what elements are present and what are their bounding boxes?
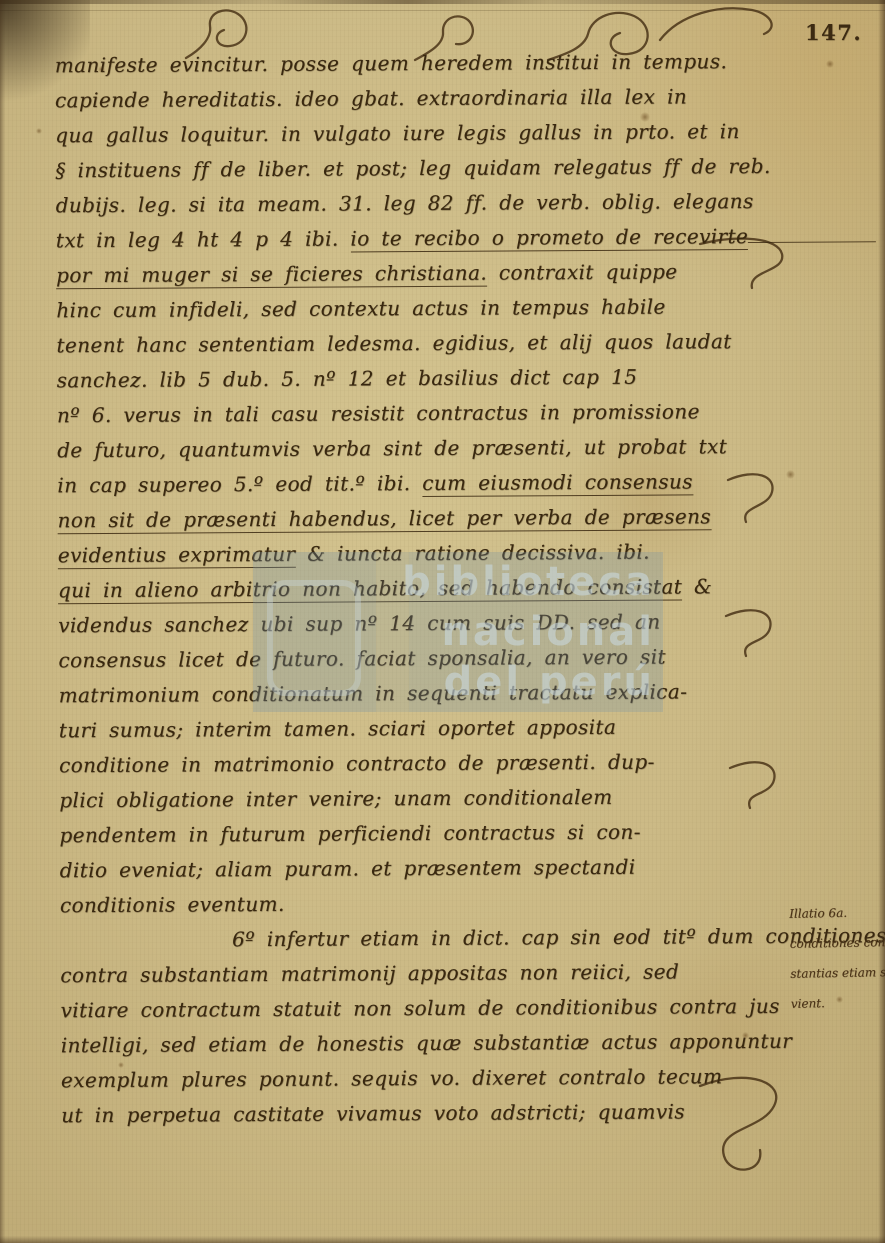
- text-segment: § instituens ff de liber. et post; leg q…: [55, 154, 770, 182]
- underlined-segment: non sit de præsenti habendus, licet per …: [58, 504, 712, 534]
- underlined-segment: qui in alieno arbitrio non habito, sed h…: [58, 574, 682, 604]
- text-segment: dubijs. leg. si ita meam. 31. leg 82 ff.…: [56, 189, 754, 217]
- manuscript-line: pendentem in futurum perficiendi contrac…: [59, 814, 799, 854]
- underline-tail: [748, 229, 876, 243]
- manuscript-line: contra substantiam matrimonij appositas …: [60, 954, 800, 994]
- text-segment: plici obligatione inter venire; unam con…: [59, 785, 612, 812]
- manuscript-line: conditione in matrimonio contracto de pr…: [59, 744, 799, 784]
- manuscript-line: exemplum plures ponunt. sequis vo. dixer…: [61, 1059, 801, 1099]
- manuscript-line: hinc cum infideli, sed contextu actus in…: [56, 289, 796, 329]
- manuscript-line: ditio eveniat; aliam puram. et præsentem…: [60, 849, 800, 889]
- manuscript-line: videndus sanchez ubi sup nº 14 cum suis …: [58, 604, 798, 644]
- text-segment: contra substantiam matrimonij appositas …: [60, 959, 679, 987]
- manuscript-line: tenent hanc sententiam ledesma. egidius,…: [56, 324, 796, 364]
- text-segment: intelligi, sed etiam de honestis quæ sub…: [61, 1029, 793, 1057]
- edge-shading: [0, 1236, 885, 1243]
- manuscript-line: por mi muger si se ficieres christiana. …: [56, 254, 796, 294]
- text-segment: videndus sanchez ubi sup nº 14 cum suis …: [58, 610, 660, 638]
- manuscript-line: § instituens ff de liber. et post; leg q…: [55, 149, 795, 189]
- text-segment: manifeste evincitur. posse quem heredem …: [55, 49, 728, 77]
- underlined-segment: io te recibo o prometo de recevirte: [350, 224, 748, 252]
- manuscript-line: nº 6. verus in tali casu resistit contra…: [57, 394, 797, 434]
- text-segment: & iuncta ratione decissiva. ibi.: [295, 540, 650, 566]
- manuscript-line: plici obligatione inter venire; unam con…: [59, 779, 799, 819]
- edge-shading: [878, 0, 885, 1243]
- text-segment: vitiare contractum statuit non solum de …: [60, 994, 779, 1022]
- text-segment: exemplum plures ponunt. sequis vo. dixer…: [61, 1064, 723, 1092]
- text-segment: sanchez. lib 5 dub. 5. nº 12 et basilius…: [57, 365, 638, 393]
- text-segment: consensus licet de futuro. faciat sponsa…: [58, 645, 666, 673]
- manuscript-line: qua gallus loquitur. in vulgato iure leg…: [55, 114, 795, 154]
- manuscript-line: manifeste evincitur. posse quem heredem …: [55, 44, 795, 84]
- margin-note-line: stantias etiam si contra-: [790, 957, 885, 989]
- text-segment: hinc cum infideli, sed contextu actus in…: [56, 295, 666, 323]
- manuscript-line: capiende hereditatis. ideo gbat. extraor…: [55, 79, 795, 119]
- text-segment: turi sumus; interim tamen. sciari oporte…: [59, 715, 617, 742]
- text-segment: 6º infertur etiam in dict. cap sin eod t…: [232, 923, 885, 951]
- text-segment: nº 6. verus in tali casu resistit contra…: [57, 399, 700, 427]
- underlined-segment: por mi muger si se ficieres christiana.: [56, 261, 487, 290]
- manuscript-line: conditionis eventum.: [60, 884, 800, 924]
- manuscript-line: turi sumus; interim tamen. sciari oporte…: [59, 709, 799, 749]
- text-segment: txt in leg 4 ht 4 p 4 ibi.: [56, 226, 351, 252]
- manuscript-line: consensus licet de futuro. faciat sponsa…: [58, 639, 798, 679]
- margin-note-line: conditiones contra sub-: [789, 927, 885, 959]
- text-segment: &: [682, 574, 712, 598]
- manuscript-line: matrimonium conditionatum in sequenti tr…: [59, 674, 799, 714]
- text-segment: in cap supereo 5.º eod tit.º ibi.: [57, 471, 422, 497]
- text-segment: conditionis eventum.: [60, 892, 285, 917]
- margin-note-line: vient.: [791, 987, 885, 1019]
- manuscript-line-paragraph-start: 6º infertur etiam in dict. cap sin eod t…: [60, 919, 800, 959]
- text-segment: capiende hereditatis. ideo gbat. extraor…: [55, 84, 687, 112]
- edge-shading: [0, 0, 5, 1243]
- text-segment: ditio eveniat; aliam puram. et præsentem…: [60, 855, 636, 883]
- foxing-spot: [826, 60, 834, 68]
- manuscript-line: intelligi, sed etiam de honestis quæ sub…: [61, 1024, 801, 1064]
- text-segment: contraxit quippe: [487, 259, 678, 284]
- text-segment: ut in perpetua castitate vivamus voto ad…: [61, 1099, 685, 1127]
- manuscript-line: evidentius exprimatur & iuncta ratione d…: [58, 534, 798, 574]
- text-segment: qua gallus loquitur. in vulgato iure leg…: [55, 119, 740, 147]
- text-segment: matrimonium conditionatum in sequenti tr…: [59, 679, 688, 707]
- underlined-segment: evidentius exprimatur: [58, 542, 296, 569]
- manuscript-line: ut in perpetua castitate vivamus voto ad…: [61, 1094, 801, 1134]
- text-segment: de futuro, quantumvis verba sint de præs…: [57, 434, 727, 462]
- manuscript-line: txt in leg 4 ht 4 p 4 ibi. io te recibo …: [56, 219, 796, 259]
- manuscript-line: in cap supereo 5.º eod tit.º ibi. cum ei…: [57, 464, 797, 504]
- crease-line: [0, 10, 885, 11]
- manuscript-text: manifeste evincitur. posse quem heredem …: [55, 44, 802, 1134]
- manuscript-page: 147. manifeste evincitur. posse quem her…: [0, 0, 885, 1243]
- manuscript-line: vitiare contractum statuit non solum de …: [60, 989, 800, 1029]
- manuscript-line: de futuro, quantumvis verba sint de præs…: [57, 429, 797, 469]
- margin-note-line: Illatio 6a.: [789, 897, 885, 929]
- edge-shading: [0, 0, 885, 4]
- manuscript-line: qui in alieno arbitrio non habito, sed h…: [58, 569, 798, 609]
- manuscript-line: non sit de præsenti habendus, licet per …: [57, 499, 797, 539]
- text-segment: tenent hanc sententiam ledesma. egidius,…: [56, 329, 731, 357]
- foxing-spot: [36, 128, 42, 134]
- margin-note: Illatio 6a. conditiones contra sub- stan…: [789, 897, 885, 1019]
- underlined-segment: cum eiusmodi consensus: [422, 469, 693, 497]
- manuscript-line: sanchez. lib 5 dub. 5. nº 12 et basilius…: [57, 359, 797, 399]
- text-segment: pendentem in futurum perficiendi contrac…: [59, 820, 641, 848]
- text-segment: conditione in matrimonio contracto de pr…: [59, 750, 655, 778]
- page-number: 147.: [805, 20, 862, 45]
- manuscript-line: dubijs. leg. si ita meam. 31. leg 82 ff.…: [56, 184, 796, 224]
